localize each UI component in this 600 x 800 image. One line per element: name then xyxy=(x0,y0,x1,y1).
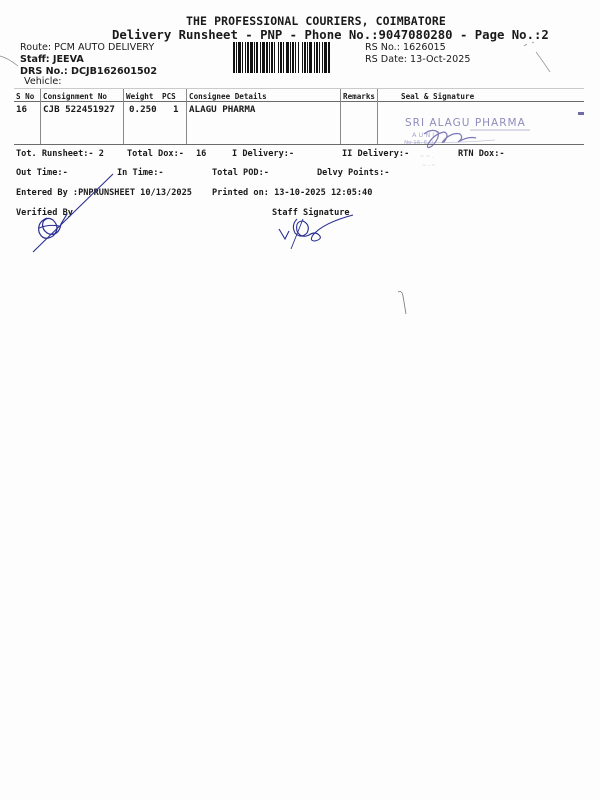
svg-text:No 16, E.O.: No 16, E.O. xyxy=(404,140,435,146)
tot-runsheet: Tot. Runsheet:- 2 xyxy=(16,149,104,159)
rs-date-value: 13-Oct-2025 xyxy=(410,54,470,65)
verified-by-signature-icon xyxy=(25,170,125,260)
cell-weight: 0.250 xyxy=(129,104,157,115)
rs-no-value: 1626015 xyxy=(403,42,446,53)
col-divider xyxy=(377,89,378,144)
barcode-bar xyxy=(330,42,331,73)
total-dox-value: 16 xyxy=(196,149,206,159)
col-divider xyxy=(186,89,187,144)
col-header-weight: Weight xyxy=(126,92,153,101)
cell-pcs: 1 xyxy=(173,104,179,115)
i-delivery: I Delivery:- xyxy=(232,149,294,159)
cell-consignment-no: CJB 522451927 xyxy=(43,104,115,115)
col-header-seal: Seal & Signature xyxy=(401,92,474,101)
rs-date-line: RS Date: 13-Oct-2025 xyxy=(365,54,470,65)
col-header-consignment: Consignment No xyxy=(43,92,107,101)
runsheet-subtitle: Delivery Runsheet - PNP - Phone No.:9047… xyxy=(112,28,549,42)
svg-text:~ ~ .: ~ ~ . xyxy=(420,154,434,160)
cell-sno: 16 xyxy=(16,104,27,115)
rs-no-line: RS No.: 1626015 xyxy=(365,42,446,53)
route-line: Route: PCM AUTO DELIVERY xyxy=(20,42,154,53)
svg-text:A U N I T: A U N I T xyxy=(412,131,440,139)
cell-consignee: ALAGU PHARMA xyxy=(189,104,255,115)
consignee-signature-icon: A U N I T No 16, E.O. ~ ~ . ~ - ~ xyxy=(400,112,590,172)
drs-value: DCJB162601502 xyxy=(71,66,157,77)
route-value: PCM AUTO DELIVERY xyxy=(54,42,154,53)
svg-text:~ - ~: ~ - ~ xyxy=(422,163,435,169)
col-divider xyxy=(340,89,341,144)
total-dox-label: Total Dox:- xyxy=(127,149,184,159)
col-header-pcs: PCS xyxy=(162,92,176,101)
delvy-points: Delvy Points:- xyxy=(317,168,389,178)
staff-signature-icon xyxy=(275,205,365,255)
ii-delivery: II Delivery:- xyxy=(342,149,409,159)
company-title: THE PROFESSIONAL COURIERS, COIMBATORE xyxy=(186,14,446,28)
scan-edge-mark-icon xyxy=(0,50,30,80)
total-pod: Total POD:- xyxy=(212,168,269,178)
col-header-consignee: Consignee Details xyxy=(189,92,267,101)
table-top-rule xyxy=(14,88,584,89)
col-divider xyxy=(40,89,41,144)
rs-date-label: RS Date: xyxy=(365,54,407,65)
scan-corner-mark-icon xyxy=(520,38,560,78)
staff-value: JEEVA xyxy=(53,54,84,65)
col-header-sno: S No xyxy=(16,92,34,101)
printed-on: Printed on: 13-10-2025 12:05:40 xyxy=(212,188,372,198)
table-header-rule xyxy=(14,101,584,102)
col-header-remarks: Remarks xyxy=(343,92,375,101)
scan-mark-icon xyxy=(396,288,408,318)
rtn-dox: RTN Dox:- xyxy=(458,149,505,159)
barcode xyxy=(233,42,361,73)
col-divider xyxy=(123,89,124,144)
rs-no-label: RS No.: xyxy=(365,42,400,53)
